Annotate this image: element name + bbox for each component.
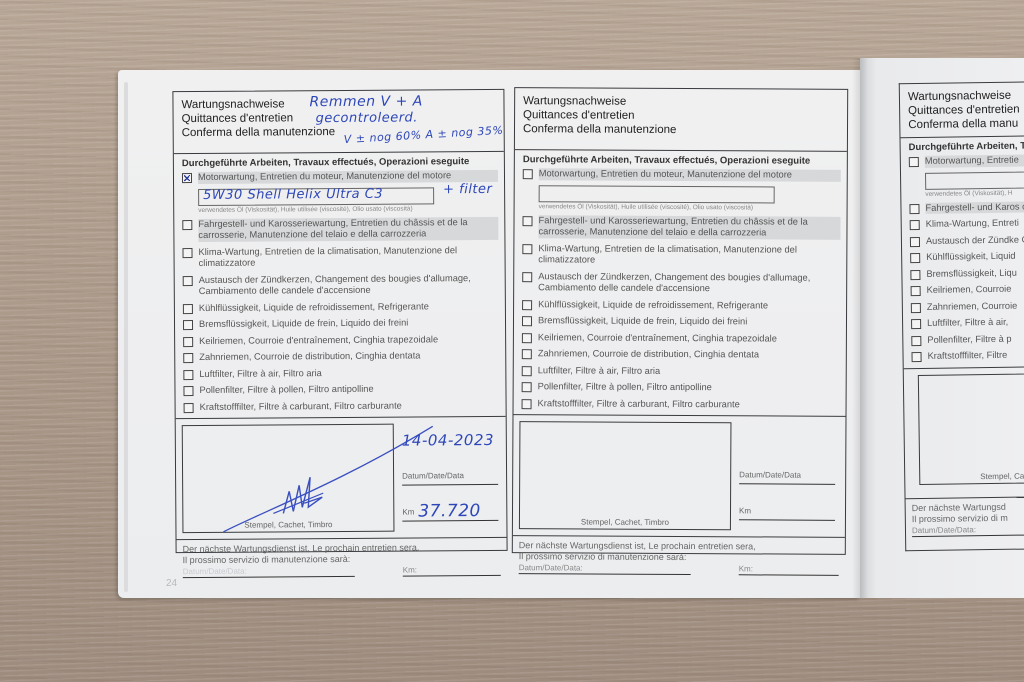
- handwritten-header-line1: Remmen V + A: [309, 93, 422, 110]
- checklist-item[interactable]: Bremsflüssigkeit, Liquide de frein, Liqu…: [518, 315, 840, 328]
- checklist-item-label: Luftfilter, Filtre à air, Filtro aria: [199, 366, 499, 380]
- checkbox[interactable]: [522, 244, 532, 254]
- works-title: Durchgeführte Arbeiten, T: [905, 140, 1024, 153]
- date-label: Datum/Date/Data: [402, 471, 464, 480]
- checklist-item[interactable]: Kraftstofffilter, Filtre: [907, 349, 1024, 363]
- checkbox[interactable]: [183, 353, 193, 363]
- checklist-item-label: Fahrgestell- und Karosseriewartung, Entr…: [198, 216, 498, 241]
- checklist-item-label: Pollenfilter, Filtre à pollen, Filtro an…: [199, 383, 499, 397]
- checklist-item[interactable]: Austausch der Zündkerzen, Changement des…: [179, 272, 499, 297]
- checklist-item-label: Motorwartung, Entretie: [925, 154, 1024, 168]
- service-record-form-1: Wartungsnachweise Quittances d'entretien…: [172, 89, 507, 553]
- checkbox[interactable]: [522, 300, 532, 310]
- stamp-caption: Stempel, Cachet, Timbro: [520, 517, 730, 527]
- works-section: Durchgeführte Arbeiten, Travaux effectué…: [174, 152, 506, 413]
- form-header: Wartungsnachweise Quittances d'entretien…: [515, 88, 847, 152]
- checkbox[interactable]: [183, 370, 193, 380]
- checklist-item-label: Klima-Wartung, Entreti: [926, 217, 1024, 231]
- header-it: Conferma della manu: [908, 116, 1024, 132]
- checklist-item-label: Zahnriemen, Courroie de distribution, Ci…: [199, 350, 499, 364]
- checklist-item-label: Zahnriemen, Courroie de distribution, Ci…: [538, 348, 840, 361]
- checklist-item-label: Klima-Wartung, Entretien de la climatisa…: [538, 243, 840, 268]
- handwritten-oil-extra: + filter: [443, 181, 492, 196]
- next-date-field[interactable]: Datum/Date/Data:: [912, 522, 1024, 536]
- checklist-item-label: Keilriemen, Courroie d'entraînement, Cin…: [199, 333, 499, 347]
- book-gutter: [852, 58, 868, 598]
- checkbox[interactable]: [183, 320, 193, 330]
- handwritten-header-line2: gecontroleerd.: [316, 110, 418, 126]
- date-field[interactable]: Datum/Date/Data: [739, 470, 835, 485]
- checklist-item-label: Bremsflüssigkeit, Liquide de frein, Liqu…: [538, 315, 840, 328]
- checklist-item[interactable]: Austausch der Zündke Cambiamento delle c…: [906, 233, 1024, 247]
- checklist-item-label: Bremsflüssigkeit, Liqu: [926, 266, 1024, 280]
- checkbox[interactable]: [911, 319, 921, 329]
- checklist-item[interactable]: Luftfilter, Filtre à air, Filtro aria: [179, 366, 499, 380]
- date-label: Datum/Date/Data: [739, 470, 801, 479]
- works-title: Durchgeführte Arbeiten, Travaux effectué…: [178, 156, 498, 169]
- stamp-section: Stempel, Ca: [904, 365, 1024, 497]
- checklist-item[interactable]: Zahnriemen, Courroie de distribution, Ci…: [179, 350, 499, 364]
- checkbox[interactable]: [182, 220, 192, 230]
- checklist-item-label: Motorwartung, Entretien du moteur, Manut…: [539, 168, 841, 181]
- checklist-item-label: Kraftstofffilter, Filtre à carburant, Fi…: [538, 398, 840, 411]
- checkbox[interactable]: [182, 248, 192, 258]
- handwritten-oil: 5W30 Shell Helix Ultra C3: [203, 186, 383, 202]
- checklist: Motorwartung, Entretien du moteur, Manut…: [178, 170, 500, 413]
- date-field[interactable]: Datum/Date/Data: [402, 471, 498, 486]
- checklist-item[interactable]: Pollenfilter, Filtre à pollen, Filtro an…: [518, 381, 840, 394]
- checklist-item-label: Austausch der Zündkerzen, Changement des…: [199, 272, 499, 297]
- checkbox[interactable]: [183, 386, 193, 396]
- checkbox[interactable]: [522, 216, 532, 226]
- checkbox[interactable]: [911, 352, 921, 362]
- oil-viscosity-field[interactable]: [925, 169, 1024, 189]
- checklist-item-label: Pollenfilter, Filtre à p: [927, 332, 1024, 346]
- header-fr: Quittances d'entretien: [908, 102, 1024, 118]
- checklist-item[interactable]: Keilriemen, Courroie d'entraînement, Cin…: [518, 332, 840, 345]
- checklist-item[interactable]: Klima-Wartung, Entretien de la climatisa…: [518, 243, 840, 268]
- checklist-item[interactable]: Bremsflüssigkeit, Liquide de frein, Liqu…: [179, 317, 499, 331]
- checklist-item[interactable]: Zahnriemen, Courroie de distribution, Ci…: [518, 348, 840, 361]
- checklist-item-label: Pollenfilter, Filtre à pollen, Filtro an…: [538, 381, 840, 394]
- next-service-section: Der nächste Wartungsdienst ist, Le proch…: [513, 535, 845, 583]
- checkbox[interactable]: [184, 403, 194, 413]
- works-section: Durchgeführte Arbeiten, T Motorwartung, …: [901, 136, 1024, 363]
- checkbox[interactable]: [910, 253, 920, 263]
- checklist-item[interactable]: Klima-Wartung, Entretien de la climatisa…: [178, 244, 498, 269]
- stamp-caption: Stempel, Ca: [980, 469, 1024, 481]
- checklist-item[interactable]: Kühlflüssigkeit, Liquid: [906, 250, 1024, 264]
- checklist-item-label: Fahrgestell- und Karos carrosserie, Manu…: [925, 200, 1024, 214]
- stamp-section: Stempel, Cachet, Timbro Datum/Date/Data …: [513, 414, 846, 537]
- checklist-item-label: Kühlflüssigkeit, Liquide de refroidissem…: [538, 299, 840, 312]
- km-label: Km: [402, 507, 414, 516]
- checklist-item[interactable]: Kühlflüssigkeit, Liquide de refroidissem…: [179, 300, 499, 314]
- checkbox[interactable]: [522, 272, 532, 282]
- stamp-box: Stempel, Cachet, Timbro: [182, 424, 395, 533]
- form-header: Wartungsnachweise Quittances d'entretien…: [900, 82, 1024, 138]
- checklist: Motorwartung, Entretien du moteur, Manut…: [518, 168, 841, 411]
- checklist-item[interactable]: Fahrgestell- und Karos carrosserie, Manu…: [905, 200, 1024, 214]
- km-label: Km: [739, 506, 751, 515]
- oil-caption: verwendetes Öl (Viskosität), Huile utili…: [198, 204, 498, 213]
- checklist-item[interactable]: Keilriemen, Courroie d'entraînement, Cin…: [179, 333, 499, 347]
- checkbox[interactable]: [911, 302, 921, 312]
- handwritten-km: 37.720: [418, 501, 481, 521]
- header-it: Conferma della manutenzione: [523, 122, 841, 138]
- next-date-field[interactable]: Datum/Date/Data:: [519, 562, 691, 575]
- checkbox[interactable]: [910, 236, 920, 246]
- checklist-item-label: Luftfilter, Filtre à air, Filtro aria: [538, 365, 840, 378]
- checklist-item[interactable]: Motorwartung, Entretien du moteur, Manut…: [519, 168, 841, 181]
- checklist-item[interactable]: Kraftstofffilter, Filtre à carburant, Fi…: [180, 399, 500, 413]
- checklist-item[interactable]: Kraftstofffilter, Filtre à carburant, Fi…: [518, 398, 840, 411]
- checklist-item-label: Kühlflüssigkeit, Liquide de refroidissem…: [199, 300, 499, 314]
- stamp-section: Stempel, Cachet, Timbro 14-04-2023 Datum…: [176, 416, 507, 539]
- checkbox[interactable]: [183, 276, 193, 286]
- checklist-item-label: Kraftstofffilter, Filtre: [927, 349, 1024, 363]
- checkbox[interactable]: [910, 269, 920, 279]
- works-title: Durchgeführte Arbeiten, Travaux effectué…: [519, 154, 841, 167]
- checklist-item-label: Austausch der Zündke Cambiamento delle c…: [926, 233, 1024, 247]
- checkbox[interactable]: [909, 157, 919, 167]
- checkbox[interactable]: [522, 349, 532, 359]
- checklist-item-label: Austausch der Zündkerzen, Changement des…: [538, 271, 840, 296]
- next-date-field[interactable]: Datum/Date/Data:: [183, 565, 355, 578]
- checklist-item[interactable]: Motorwartung, Entretie: [905, 154, 1024, 168]
- header-de: Wartungsnachweise: [908, 88, 1024, 104]
- checkbox[interactable]: [522, 399, 532, 409]
- checklist-item[interactable]: Fahrgestell- und Karosseriewartung, Entr…: [178, 216, 498, 241]
- checklist-item-label: Keilriemen, Courroie: [927, 283, 1024, 297]
- checklist-item-label: Bremsflüssigkeit, Liquide de frein, Liqu…: [199, 317, 499, 331]
- oil-caption: verwendetes Öl (Viskosität), Huile utili…: [539, 203, 841, 212]
- checklist-item[interactable]: Keilriemen, Courroie: [907, 283, 1024, 297]
- next-km-field[interactable]: Km:: [739, 563, 839, 576]
- checklist-item[interactable]: Austausch der Zündkerzen, Changement des…: [518, 271, 840, 296]
- checklist-item[interactable]: Klima-Wartung, Entreti: [906, 217, 1024, 231]
- checkbox[interactable]: [183, 337, 193, 347]
- next-service-section: Der nächste Wartungsdienst ist, Le proch…: [177, 537, 507, 585]
- oil-viscosity-field[interactable]: 5W30 Shell Helix Ultra C3+ filter: [198, 187, 434, 206]
- next-km-field[interactable]: Km:: [403, 564, 501, 577]
- form-header: Wartungsnachweise Quittances d'entretien…: [173, 90, 503, 154]
- next-service-section: Der nächste Wartungsd Il prossimo serviz…: [906, 495, 1024, 543]
- oil-caption: verwendetes Öl (Viskosität), H: [925, 188, 1024, 197]
- handwritten-date: 14-04-2023: [402, 431, 494, 450]
- stamp-box: Stempel, Cachet, Timbro: [519, 421, 732, 530]
- checklist-item[interactable]: Luftfilter, Filtre à air,: [907, 316, 1024, 330]
- checklist-item[interactable]: Pollenfilter, Filtre à pollen, Filtro an…: [179, 383, 499, 397]
- checkbox[interactable]: [522, 382, 532, 392]
- checklist-item[interactable]: Zahnriemen, Courroie: [907, 299, 1024, 313]
- checkbox[interactable]: [522, 316, 532, 326]
- checklist-item-label: Kraftstofffilter, Filtre à carburant, Fi…: [200, 399, 500, 413]
- checkbox[interactable]: [910, 220, 920, 230]
- checklist-item[interactable]: Pollenfilter, Filtre à p: [907, 332, 1024, 346]
- oil-viscosity-field[interactable]: [539, 185, 775, 203]
- checkbox[interactable]: [911, 335, 921, 345]
- checkbox[interactable]: [522, 366, 532, 376]
- works-section: Durchgeführte Arbeiten, Travaux effectué…: [514, 150, 847, 411]
- checklist-item-label: Keilriemen, Courroie d'entraînement, Cin…: [538, 332, 840, 345]
- service-record-form-3: Wartungsnachweise Quittances d'entretien…: [899, 81, 1024, 551]
- checklist-item-label: Luftfilter, Filtre à air,: [927, 316, 1024, 330]
- page-number: 24: [166, 578, 177, 589]
- checkbox-checked[interactable]: [182, 173, 192, 183]
- checkbox[interactable]: [183, 304, 193, 314]
- checklist-item[interactable]: Luftfilter, Filtre à air, Filtro aria: [518, 365, 840, 378]
- stamp-box: Stempel, Ca: [918, 372, 1024, 485]
- checkbox[interactable]: [909, 204, 919, 214]
- checkbox[interactable]: [523, 169, 533, 179]
- checklist-item[interactable]: Kühlflüssigkeit, Liquide de refroidissem…: [518, 299, 840, 312]
- checklist-item[interactable]: Bremsflüssigkeit, Liqu: [906, 266, 1024, 280]
- service-record-form-2: Wartungsnachweise Quittances d'entretien…: [512, 87, 848, 555]
- checkbox[interactable]: [911, 286, 921, 296]
- checklist-item-label: Zahnriemen, Courroie: [927, 299, 1024, 313]
- checklist-item-label: Klima-Wartung, Entretien de la climatisa…: [198, 244, 498, 269]
- checklist: Motorwartung, Entretieverwendetes Öl (Vi…: [905, 154, 1024, 363]
- checklist-item[interactable]: Fahrgestell- und Karosseriewartung, Entr…: [518, 215, 840, 240]
- checkbox[interactable]: [522, 333, 532, 343]
- checklist-item-label: Fahrgestell- und Karosseriewartung, Entr…: [538, 215, 840, 240]
- km-field[interactable]: Km: [739, 506, 835, 521]
- checklist-item-label: Kühlflüssigkeit, Liquid: [926, 250, 1024, 264]
